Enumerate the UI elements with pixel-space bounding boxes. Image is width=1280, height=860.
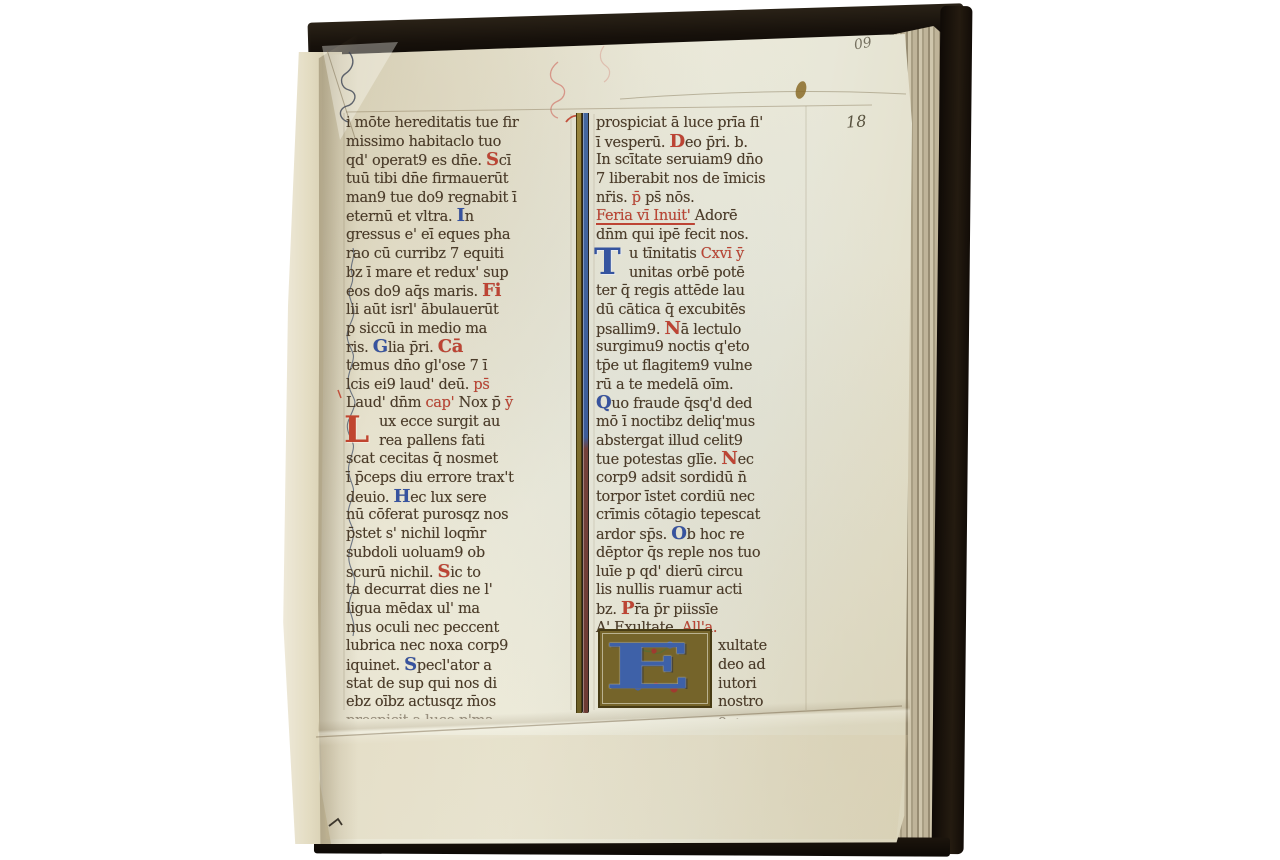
text-segment: deuio. (346, 490, 393, 506)
minor-initial: H (393, 486, 410, 507)
text-segment: iquinet. (346, 658, 404, 674)
minor-initial: N (721, 448, 737, 469)
text-line: Tu tīnitatis Cxvī ȳ (596, 245, 812, 264)
text-line: torpor īstet cordiū nec (596, 488, 812, 507)
text-segment: torpor īstet cordiū nec (596, 489, 755, 505)
text-line: 7 liberabit nos de īmicis (596, 170, 812, 189)
text-segment: tue potestas glīe. (596, 452, 721, 468)
text-segment: rū a te medelā oīm. (596, 377, 733, 393)
text-line: dēptor q̄s reple nos tuo (596, 544, 812, 563)
text-segment: scat cecitas q̄ nosmet (346, 451, 498, 467)
text-line: bz. Pr̄a p̄r piissīe (596, 600, 812, 619)
minor-initial: Q (596, 392, 611, 413)
text-segment: ter q̄ regis attēde lau (596, 283, 745, 299)
text-segment: mō ī noctibz deliq'mus (596, 414, 755, 430)
manuscript-photo: i mōte hereditatis tue ﬁrmissimo habitac… (0, 0, 1280, 860)
text-segment: ligua mēdax ul' ma (346, 601, 480, 617)
text-segment: Cxvī ȳ (701, 246, 744, 262)
illuminated-initial-e: E (598, 629, 712, 708)
minor-initial: G (373, 336, 388, 357)
minor-initial: S (404, 654, 417, 675)
text-segment: ā lectulo (681, 322, 741, 338)
text-line: rao cū curribz 7 equiti (346, 245, 570, 264)
text-segment: cī (499, 153, 511, 169)
text-line: gressus e' eī eques pha (346, 226, 570, 245)
text-line: eos do9 aq̄s maris. Fi (346, 282, 570, 301)
minor-initial: I (457, 205, 465, 226)
text-segment: nr̄is. (596, 190, 632, 206)
text-segment: bz ī mare et redux' sup (346, 265, 508, 281)
text-line: lcis ei9 laud' deū. ps̄ (346, 376, 570, 395)
text-segment: rea pallens fati (379, 433, 485, 449)
upper-leaf-number: 09 (853, 35, 873, 54)
left-text-column: i mōte hereditatis tue ﬁrmissimo habitac… (346, 114, 570, 719)
text-line: nr̄is. p̄ ps̄ nōs. (596, 189, 812, 208)
text-segment: tuū tibi dn̄e ﬁrmauerūt (346, 171, 508, 187)
text-segment: i mōte hereditatis tue ﬁr (346, 115, 519, 131)
text-line: eternū et vltra. In (346, 207, 570, 226)
text-line: ī p̄ceps diu errore trax't (346, 469, 570, 488)
text-segment: In scītate seruiam9 dn̄o (596, 152, 763, 168)
text-line: ris. Glia p̄ri. Cā (346, 338, 570, 357)
text-line: tp̄e ut flagitem9 vulne (596, 357, 812, 376)
text-line: subdoli uoluam9 ob (346, 544, 570, 563)
text-segment: dū cātica q̄ excubitēs (596, 302, 745, 318)
text-line: ī vesperū. Deo p̄ri. b. (596, 133, 812, 152)
text-segment: prospicit a luce p'ma (346, 713, 493, 719)
text-line: scat cecitas q̄ nosmet (346, 450, 570, 469)
text-segment: man9 tue do9 regnabit ī (346, 190, 517, 206)
text-segment: u tīnitatis (629, 246, 701, 262)
text-line: scurū nichil. Sic to (346, 563, 570, 582)
text-line: ligua mēdax ul' ma (346, 600, 570, 619)
text-segment: ps̄ (473, 377, 489, 393)
text-line: abstergat illud celit9 (596, 432, 812, 451)
text-line: stat de sup qui nos di (346, 675, 570, 694)
text-line: ter q̄ regis attēde lau (596, 282, 812, 301)
text-line: Laud' dn̄m cap' Nox p̄ ȳ (346, 394, 570, 413)
text-segment: ebz oībz actusqz m̄os (346, 694, 496, 710)
text-segment: ec (738, 452, 754, 468)
text-line: prospiciat ā luce prīa ﬁ' (596, 114, 812, 133)
text-line: psallim9. Nā lectulo (596, 320, 812, 339)
text-line: ardor sp̄s. Ob hoc re (596, 525, 812, 544)
minor-initial: S (486, 149, 499, 170)
text-segment: corp9 adsit sordidū n̄ (596, 470, 747, 486)
text-segment: eternū et vltra. (346, 209, 457, 225)
text-segment: nū cōferat purosqz nos (346, 507, 508, 523)
minor-initial: D (670, 131, 685, 152)
text-line: rea pallens fati (346, 432, 570, 451)
text-line: missimo habitaclo tuo (346, 133, 570, 152)
text-segment: tp̄e ut flagitem9 vulne (596, 358, 752, 374)
minor-initial: S (438, 561, 451, 582)
text-segment: subdoli uoluam9 ob (346, 545, 485, 561)
text-line: tuū tibi dn̄e ﬁrmauerūt (346, 170, 570, 189)
text-line: surgimu9 noctis q'eto (596, 338, 812, 357)
text-segment: ps̄ nōs. (645, 190, 694, 206)
text-segment: Nox p̄ (454, 395, 505, 411)
text-line: ta decurrat dies ne l' (346, 581, 570, 600)
text-segment: ec lux sere (410, 490, 486, 506)
minor-initial: Cā (438, 336, 463, 357)
text-segment: lii aūt isrl' ābulauerūt (346, 302, 499, 318)
text-segment: Adorē (695, 208, 738, 224)
minor-initial: N (664, 318, 680, 339)
divider-bar-blue-red-lane (582, 113, 589, 713)
text-line: lubrica nec noxa corp9 (346, 637, 570, 656)
text-segment: 7 liberabit nos de īmicis (596, 171, 765, 187)
text-line: i mōte hereditatis tue ﬁr (346, 114, 570, 133)
text-segment: lis nullis ruamur acti (596, 582, 742, 598)
text-segment: missimo habitaclo tuo (346, 134, 501, 150)
text-line: In scītate seruiam9 dn̄o (596, 151, 812, 170)
text-line: ebz oībz actusqz m̄os (346, 693, 570, 712)
text-line: qd' operat9 es dn̄e. Scī (346, 151, 570, 170)
text-segment: ux ecce surgit au (379, 414, 500, 430)
text-segment: lcis ei9 laud' deū. (346, 377, 473, 393)
text-line: p̄stet s' nichil loqm̄r (346, 525, 570, 544)
text-segment: nus oculi nec peccent (346, 620, 499, 636)
text-segment: ardor sp̄s. (596, 527, 671, 543)
text-line: corp9 adsit sordidū n̄ (596, 469, 812, 488)
text-segment: n (465, 209, 474, 225)
text-line: Feria vī Inuit' Adorē (596, 207, 812, 226)
folio-number: 18 (845, 111, 867, 131)
text-line: nus oculi nec peccent (346, 619, 570, 638)
text-line: Quo fraude q̄sq'd ded (596, 394, 812, 413)
text-segment: e. : (718, 713, 740, 719)
text-line: unitas orbē potē (596, 264, 812, 283)
text-segment: ic to (450, 565, 480, 581)
text-segment: surgimu9 noctis q'eto (596, 339, 749, 355)
text-segment: qd' operat9 es dn̄e. (346, 153, 486, 169)
text-segment: prospiciat ā luce prīa ﬁ' (596, 115, 763, 131)
text-line: luīe p qd' dierū circu (596, 563, 812, 582)
text-segment: lubrica nec noxa corp9 (346, 638, 508, 654)
column-divider-bar (576, 113, 588, 713)
text-segment: ta decurrat dies ne l' (346, 582, 492, 598)
text-segment: gressus e' eī eques pha (346, 227, 510, 243)
text-segment: abstergat illud celit9 (596, 433, 743, 449)
text-segment: scurū nichil. (346, 565, 438, 581)
text-segment: ī vesperū. (596, 135, 670, 151)
text-segment: r̄a p̄r piissīe (634, 602, 718, 618)
text-segment: p̄stet s' nichil loqm̄r (346, 526, 486, 542)
text-line: iquinet. Specl'ator a (346, 656, 570, 675)
text-line: bz ī mare et redux' sup (346, 264, 570, 283)
text-line: temus dn̄o gl'ose 7 ī (346, 357, 570, 376)
text-segment: Feria vī Inuit' (596, 208, 695, 224)
text-segment: eos do9 aq̄s maris. (346, 284, 482, 300)
text-segment: stat de sup qui nos di (346, 676, 497, 692)
text-segment: eo p̄ri. b. (685, 135, 748, 151)
text-line: dū cātica q̄ excubitēs (596, 301, 812, 320)
text-line: nū cōferat purosqz nos (346, 506, 570, 525)
text-segment: temus dn̄o gl'ose 7 ī (346, 358, 487, 374)
text-segment: dēptor q̄s reple nos tuo (596, 545, 760, 561)
text-segment: pecl'ator a (417, 658, 492, 674)
text-segment: lia p̄ri. (388, 340, 438, 356)
minor-initial: P (621, 598, 634, 619)
text-line: rū a te medelā oīm. (596, 376, 812, 395)
text-segment: ris. (346, 340, 373, 356)
minor-initial: O (671, 523, 686, 544)
initial-letter: E (604, 635, 793, 702)
text-line: dn̄m qui ipē fecit nos. (596, 226, 812, 245)
text-segment: ī p̄ceps diu errore trax't (346, 470, 514, 486)
text-segment: bz. (596, 602, 621, 618)
text-line: crīmis cōtagio tepescat (596, 506, 812, 525)
text-segment: p siccū in medio ma (346, 321, 487, 337)
minor-initial: Fi (482, 280, 501, 301)
text-segment: uo fraude q̄sq'd ded (611, 396, 752, 412)
text-segment: luīe p qd' dierū circu (596, 564, 743, 580)
text-line: e. : (596, 712, 812, 719)
text-segment: rao cū curribz 7 equiti (346, 246, 504, 262)
text-line: prospicit a luce p'ma (346, 712, 570, 719)
text-line: deuio. Hec lux sere (346, 488, 570, 507)
text-segment: p̄ (632, 190, 645, 206)
text-segment: psallim9. (596, 322, 664, 338)
text-segment: unitas orbē potē (629, 265, 745, 281)
text-segment: crīmis cōtagio tepescat (596, 507, 760, 523)
text-line: mō ī noctibz deliq'mus (596, 413, 812, 432)
text-segment: ȳ (505, 395, 513, 411)
text-segment: b hoc re (687, 527, 745, 543)
text-line: Lux ecce surgit au (346, 413, 570, 432)
text-segment: cap' (425, 395, 454, 411)
text-line: tue potestas glīe. Nec (596, 450, 812, 469)
text-line: lii aūt isrl' ābulauerūt (346, 301, 570, 320)
